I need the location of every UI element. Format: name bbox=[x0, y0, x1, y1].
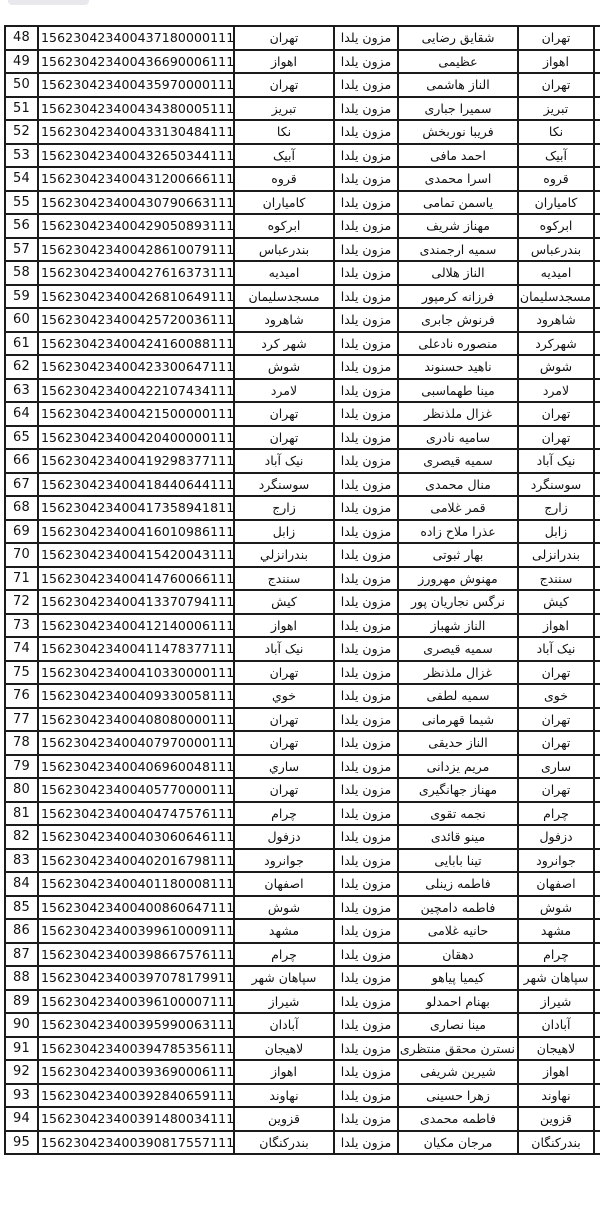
clipped-cell bbox=[594, 872, 600, 896]
city-cell: نکا bbox=[234, 120, 334, 144]
row-number-cell: 88 bbox=[5, 966, 38, 990]
table-row: 90 156230423400395990063111 آبادان مزون … bbox=[5, 1013, 600, 1037]
tracking-code-text: 156230423400426810649111 bbox=[41, 289, 234, 304]
city-cell: لاهیجان bbox=[234, 1037, 334, 1061]
row-number-cell: 85 bbox=[5, 896, 38, 920]
table-row: 88 156230423400397078179911 سپاهان شهر م… bbox=[5, 966, 600, 990]
clipped-cell bbox=[594, 802, 600, 826]
table-row: 93 156230423400392840659111 نهاوند مزون … bbox=[5, 1084, 600, 1108]
table-row: 66 156230423400419298377111 نیک آباد مزو… bbox=[5, 449, 600, 473]
customer-name-cell: الناز هاشمی bbox=[398, 73, 518, 97]
customer-name-cell: زهرا حسینی bbox=[398, 1084, 518, 1108]
brand-cell: مزون یلدا bbox=[334, 990, 398, 1014]
customer-name-cell: فاطمه زینلی bbox=[398, 872, 518, 896]
city-cell: کامیاران bbox=[234, 191, 334, 215]
brand-cell: مزون یلدا bbox=[334, 1131, 398, 1155]
row-number-cell: 91 bbox=[5, 1037, 38, 1061]
brand-cell: مزون یلدا bbox=[334, 73, 398, 97]
brand-cell: مزون یلدا bbox=[334, 684, 398, 708]
customer-name-cell: فاطمه دامچین bbox=[398, 896, 518, 920]
row-number-cell: 93 bbox=[5, 1084, 38, 1108]
tracking-code-text: 156230423400404747576111 bbox=[41, 806, 234, 821]
customer-name-cell: سمیه ارجمندی bbox=[398, 238, 518, 262]
brand-cell: مزون یلدا bbox=[334, 50, 398, 74]
clipped-cell bbox=[594, 590, 600, 614]
city-repeat-cell: آبادان bbox=[518, 1013, 594, 1037]
city-repeat-cell: کیش bbox=[518, 590, 594, 614]
city-cell: قروه bbox=[234, 167, 334, 191]
table-row: 94 156230423400391480034111 قزوین مزون ی… bbox=[5, 1107, 600, 1131]
tracking-code-cell: 156230423400419298377111 bbox=[38, 449, 234, 473]
customer-name-cell: الناز هلالی bbox=[398, 261, 518, 285]
clipped-cell bbox=[594, 379, 600, 403]
customer-name-cell: اسرا محمدی bbox=[398, 167, 518, 191]
table-row: 73 156230423400412140006111 اهواز مزون ی… bbox=[5, 614, 600, 638]
customer-name-cell: غزال ملذنظر bbox=[398, 661, 518, 685]
clipped-cell bbox=[594, 1013, 600, 1037]
city-repeat-cell: جوانرود bbox=[518, 849, 594, 873]
clipped-cell bbox=[594, 614, 600, 638]
customer-name-cell: دهقان bbox=[398, 943, 518, 967]
customer-name-cell: سمیه قیصری bbox=[398, 449, 518, 473]
row-number-cell: 53 bbox=[5, 144, 38, 168]
city-cell: بندرعباس bbox=[234, 238, 334, 262]
city-cell: قزوین bbox=[234, 1107, 334, 1131]
city-cell: شاهرود bbox=[234, 308, 334, 332]
tracking-code-cell: 156230423400423300647111 bbox=[38, 355, 234, 379]
customer-name-cell: بهار ثبوتی bbox=[398, 543, 518, 567]
table-row: 82 156230423400403060646111 دزفول مزون ی… bbox=[5, 825, 600, 849]
customer-name-cell: سمیه قیصری bbox=[398, 637, 518, 661]
brand-cell: مزون یلدا bbox=[334, 802, 398, 826]
tracking-code-text: 156230423400398667576111 bbox=[41, 947, 234, 962]
customer-name-cell: نرگس نجاریان پور bbox=[398, 590, 518, 614]
tracking-code-text: 156230423400400860647111 bbox=[41, 900, 234, 915]
city-repeat-cell: تهران bbox=[518, 731, 594, 755]
table-row: 59 156230423400426810649111 مسجدسلیمان م… bbox=[5, 285, 600, 309]
brand-cell: مزون یلدا bbox=[334, 449, 398, 473]
clipped-cell bbox=[594, 1060, 600, 1084]
customer-name-cell: عظیمی bbox=[398, 50, 518, 74]
tracking-code-cell: 156230423400411478377111 bbox=[38, 637, 234, 661]
row-number-cell: 48 bbox=[5, 26, 38, 50]
clipped-cell bbox=[594, 943, 600, 967]
table-row: 49 156230423400436690006111 اهواز مزون ی… bbox=[5, 50, 600, 74]
clipped-cell bbox=[594, 355, 600, 379]
clipped-cell bbox=[594, 332, 600, 356]
tracking-code-text: 156230423400427616373111 bbox=[41, 265, 234, 280]
city-cell: تهران bbox=[234, 73, 334, 97]
brand-cell: مزون یلدا bbox=[334, 614, 398, 638]
brand-cell: مزون یلدا bbox=[334, 567, 398, 591]
row-number-cell: 61 bbox=[5, 332, 38, 356]
city-repeat-cell: لاهیجان bbox=[518, 1037, 594, 1061]
tracking-code-text: 156230423400401180008111 bbox=[41, 876, 234, 891]
tracking-code-cell: 156230423400406960048111 bbox=[38, 755, 234, 779]
row-number-cell: 49 bbox=[5, 50, 38, 74]
table-row: 87 156230423400398667576111 چرام مزون یل… bbox=[5, 943, 600, 967]
table-row: 53 156230423400432650344111 آبیک مزون یل… bbox=[5, 144, 600, 168]
tracking-code-cell: 156230423400407970000111 bbox=[38, 731, 234, 755]
row-number-cell: 79 bbox=[5, 755, 38, 779]
table-row: 91 156230423400394785356111 لاهیجان مزون… bbox=[5, 1037, 600, 1061]
customer-name-cell: شیما قهرمانی bbox=[398, 708, 518, 732]
city-repeat-cell: دزفول bbox=[518, 825, 594, 849]
clipped-cell bbox=[594, 308, 600, 332]
city-cell: شهر کرد bbox=[234, 332, 334, 356]
brand-cell: مزون یلدا bbox=[334, 191, 398, 215]
city-repeat-cell: نهاوند bbox=[518, 1084, 594, 1108]
tracking-code-text: 156230423400396100007111 bbox=[41, 994, 234, 1009]
brand-cell: مزون یلدا bbox=[334, 426, 398, 450]
row-number-cell: 55 bbox=[5, 191, 38, 215]
brand-cell: مزون یلدا bbox=[334, 261, 398, 285]
table-row: 69 156230423400416010986111 زابل مزون یل… bbox=[5, 520, 600, 544]
city-repeat-cell: مشهد bbox=[518, 919, 594, 943]
city-cell: بندرکنگان bbox=[234, 1131, 334, 1155]
tracking-code-cell: 156230423400398667576111 bbox=[38, 943, 234, 967]
city-cell: چرام bbox=[234, 943, 334, 967]
table-row: 54 156230423400431200666111 قروه مزون یل… bbox=[5, 167, 600, 191]
city-cell: امیدیه bbox=[234, 261, 334, 285]
brand-cell: مزون یلدا bbox=[334, 332, 398, 356]
city-repeat-cell: نیک آباد bbox=[518, 449, 594, 473]
brand-cell: مزون یلدا bbox=[334, 1037, 398, 1061]
brand-cell: مزون یلدا bbox=[334, 637, 398, 661]
tracking-code-cell: 156230423400392840659111 bbox=[38, 1084, 234, 1108]
tracking-code-text: 156230423400413370794111 bbox=[41, 594, 234, 609]
row-number-cell: 62 bbox=[5, 355, 38, 379]
customer-name-cell: مینو قائدی bbox=[398, 825, 518, 849]
table-row: 62 156230423400423300647111 شوش مزون یلد… bbox=[5, 355, 600, 379]
clipped-cell bbox=[594, 238, 600, 262]
tracking-code-cell: 156230423400391480034111 bbox=[38, 1107, 234, 1131]
row-number-cell: 56 bbox=[5, 214, 38, 238]
customer-name-cell: عذرا ملاح زاده bbox=[398, 520, 518, 544]
city-repeat-cell: تهران bbox=[518, 426, 594, 450]
clipped-cell bbox=[594, 449, 600, 473]
city-cell: شوش bbox=[234, 896, 334, 920]
tracking-code-cell: 156230423400415420043111 bbox=[38, 543, 234, 567]
clipped-cell bbox=[594, 661, 600, 685]
customer-name-cell: شقایق رضایی bbox=[398, 26, 518, 50]
city-cell: آبادان bbox=[234, 1013, 334, 1037]
customer-name-cell: مریم یزدانی bbox=[398, 755, 518, 779]
row-number-cell: 83 bbox=[5, 849, 38, 873]
city-repeat-cell: آبیک bbox=[518, 144, 594, 168]
row-number-cell: 82 bbox=[5, 825, 38, 849]
row-number-cell: 64 bbox=[5, 402, 38, 426]
brand-cell: مزون یلدا bbox=[334, 285, 398, 309]
tracking-code-cell: 156230423400394785356111 bbox=[38, 1037, 234, 1061]
row-number-cell: 81 bbox=[5, 802, 38, 826]
clipped-cell bbox=[594, 919, 600, 943]
table-row: 78 156230423400407970000111 تهران مزون ی… bbox=[5, 731, 600, 755]
customer-name-cell: فرزانه کرمپور bbox=[398, 285, 518, 309]
tracking-code-text: 156230423400393690006111 bbox=[41, 1064, 234, 1079]
row-number-cell: 77 bbox=[5, 708, 38, 732]
brand-cell: مزون یلدا bbox=[334, 896, 398, 920]
customer-name-cell: فاطمه محمدی bbox=[398, 1107, 518, 1131]
brand-cell: مزون یلدا bbox=[334, 520, 398, 544]
city-cell: نیک آباد bbox=[234, 449, 334, 473]
tracking-code-cell: 156230423400412140006111 bbox=[38, 614, 234, 638]
city-repeat-cell: زارج bbox=[518, 496, 594, 520]
customer-name-cell: سمیه لطفی bbox=[398, 684, 518, 708]
city-repeat-cell: تبریز bbox=[518, 97, 594, 121]
brand-cell: مزون یلدا bbox=[334, 355, 398, 379]
brand-cell: مزون یلدا bbox=[334, 1107, 398, 1131]
customer-name-cell: حانیه غلامی bbox=[398, 919, 518, 943]
city-cell: اهواز bbox=[234, 1060, 334, 1084]
tracking-code-text: 156230423400410330000111 bbox=[41, 665, 234, 680]
table-body: 48 156230423400437180000111 تهران مزون ی… bbox=[5, 26, 600, 1154]
tracking-code-cell: 156230423400429050893111 bbox=[38, 214, 234, 238]
clipped-cell bbox=[594, 426, 600, 450]
table-row: 52 156230423400433130484111 نکا مزون یلد… bbox=[5, 120, 600, 144]
clipped-cell bbox=[594, 402, 600, 426]
customer-name-cell: مهنوش مهرورز bbox=[398, 567, 518, 591]
clipped-cell bbox=[594, 167, 600, 191]
table-row: 64 156230423400421500000111 تهران مزون ی… bbox=[5, 402, 600, 426]
clipped-cell bbox=[594, 214, 600, 238]
table-row: 48 156230423400437180000111 تهران مزون ی… bbox=[5, 26, 600, 50]
city-cell: سپاهان شهر bbox=[234, 966, 334, 990]
row-number-cell: 54 bbox=[5, 167, 38, 191]
city-repeat-cell: شوش bbox=[518, 355, 594, 379]
customer-name-cell: شیرین شریفی bbox=[398, 1060, 518, 1084]
tracking-code-text: 156230423400415420043111 bbox=[41, 547, 234, 562]
city-repeat-cell: اهواز bbox=[518, 50, 594, 74]
table-row: 83 156230423400402016798111 جوانرود مزون… bbox=[5, 849, 600, 873]
tracking-code-text: 156230423400431200666111 bbox=[41, 171, 234, 186]
brand-cell: مزون یلدا bbox=[334, 1013, 398, 1037]
tracking-code-text: 156230423400421500000111 bbox=[41, 406, 234, 421]
brand-cell: مزون یلدا bbox=[334, 167, 398, 191]
row-number-cell: 59 bbox=[5, 285, 38, 309]
tracking-code-text: 156230423400429050893111 bbox=[41, 218, 234, 233]
clipped-cell bbox=[594, 73, 600, 97]
row-number-cell: 70 bbox=[5, 543, 38, 567]
tracking-code-text: 156230423400395990063111 bbox=[41, 1017, 234, 1032]
brand-cell: مزون یلدا bbox=[334, 943, 398, 967]
city-cell: مسجدسلیمان bbox=[234, 285, 334, 309]
tracking-code-cell: 156230423400395990063111 bbox=[38, 1013, 234, 1037]
customer-name-cell: الناز حدیقی bbox=[398, 731, 518, 755]
brand-cell: مزون یلدا bbox=[334, 496, 398, 520]
tracking-code-text: 156230423400406960048111 bbox=[41, 759, 234, 774]
tracking-code-text: 156230423400434380005111 bbox=[41, 101, 234, 116]
row-number-cell: 74 bbox=[5, 637, 38, 661]
city-cell: تهران bbox=[234, 778, 334, 802]
city-cell: شوش bbox=[234, 355, 334, 379]
city-repeat-cell: نیک آباد bbox=[518, 637, 594, 661]
brand-cell: مزون یلدا bbox=[334, 120, 398, 144]
tracking-code-cell: 156230423400414760066111 bbox=[38, 567, 234, 591]
table-row: 67 156230423400418440644111 سوسنگرد مزون… bbox=[5, 473, 600, 497]
tracking-code-text: 156230423400417358941811 bbox=[41, 500, 234, 515]
city-repeat-cell: ساری bbox=[518, 755, 594, 779]
customer-name-cell: مینا نصاری bbox=[398, 1013, 518, 1037]
clipped-cell bbox=[594, 261, 600, 285]
brand-cell: مزون یلدا bbox=[334, 1060, 398, 1084]
brand-cell: مزون یلدا bbox=[334, 214, 398, 238]
row-number-cell: 78 bbox=[5, 731, 38, 755]
tracking-code-text: 156230423400403060646111 bbox=[41, 829, 234, 844]
tracking-code-cell: 156230423400399610009111 bbox=[38, 919, 234, 943]
table-row: 86 156230423400399610009111 مشهد مزون یل… bbox=[5, 919, 600, 943]
customer-name-cell: فرنوش جابری bbox=[398, 308, 518, 332]
tracking-code-text: 156230423400390817557111 bbox=[41, 1135, 234, 1150]
brand-cell: مزون یلدا bbox=[334, 966, 398, 990]
tracking-code-text: 156230423400394785356111 bbox=[41, 1041, 234, 1056]
city-repeat-cell: چرام bbox=[518, 943, 594, 967]
row-number-cell: 67 bbox=[5, 473, 38, 497]
brand-cell: مزون یلدا bbox=[334, 731, 398, 755]
tracking-code-cell: 156230423400393690006111 bbox=[38, 1060, 234, 1084]
city-repeat-cell: تهران bbox=[518, 661, 594, 685]
brand-cell: مزون یلدا bbox=[334, 849, 398, 873]
row-number-cell: 68 bbox=[5, 496, 38, 520]
customer-name-cell: منال محمدی bbox=[398, 473, 518, 497]
row-number-cell: 95 bbox=[5, 1131, 38, 1155]
city-cell: اهواز bbox=[234, 50, 334, 74]
table-row: 60 156230423400425720036111 شاهرود مزون … bbox=[5, 308, 600, 332]
table-row: 57 156230423400428610079111 بندرعباس مزو… bbox=[5, 238, 600, 262]
tracking-code-text: 156230423400397078179911 bbox=[41, 970, 234, 985]
tracking-code-cell: 156230423400425720036111 bbox=[38, 308, 234, 332]
customer-name-cell: منصوره نادعلی bbox=[398, 332, 518, 356]
city-repeat-cell: ابرکوه bbox=[518, 214, 594, 238]
tracking-code-text: 156230423400419298377111 bbox=[41, 453, 234, 468]
row-number-cell: 89 bbox=[5, 990, 38, 1014]
clipped-cell bbox=[594, 144, 600, 168]
clipped-cell bbox=[594, 520, 600, 544]
tracking-code-text: 156230423400424160088111 bbox=[41, 336, 234, 351]
tracking-code-text: 156230423400432650344111 bbox=[41, 148, 234, 163]
city-cell: سوسنگرد bbox=[234, 473, 334, 497]
tracking-code-cell: 156230423400430790663111 bbox=[38, 191, 234, 215]
brand-cell: مزون یلدا bbox=[334, 97, 398, 121]
table-row: 79 156230423400406960048111 ساري مزون یل… bbox=[5, 755, 600, 779]
customer-name-cell: سامیه نادری bbox=[398, 426, 518, 450]
row-number-cell: 72 bbox=[5, 590, 38, 614]
city-cell: خوي bbox=[234, 684, 334, 708]
city-repeat-cell: مسجدسلیمان bbox=[518, 285, 594, 309]
tracking-code-cell: 156230423400428610079111 bbox=[38, 238, 234, 262]
row-number-cell: 84 bbox=[5, 872, 38, 896]
customer-name-cell: قمر غلامی bbox=[398, 496, 518, 520]
clipped-cell bbox=[594, 896, 600, 920]
customer-name-cell: یاسمن تمامی bbox=[398, 191, 518, 215]
customer-name-cell: احمد مافی bbox=[398, 144, 518, 168]
table-row: 74 156230423400411478377111 نیک آباد مزو… bbox=[5, 637, 600, 661]
brand-cell: مزون یلدا bbox=[334, 26, 398, 50]
tracking-code-cell: 156230423400390817557111 bbox=[38, 1131, 234, 1155]
page: { "page": { "background": "#ffffff", "to… bbox=[0, 0, 600, 1223]
city-cell: مشهد bbox=[234, 919, 334, 943]
tracking-code-text: 156230423400433130484111 bbox=[41, 124, 234, 139]
city-cell: دزفول bbox=[234, 825, 334, 849]
table-row: 75 156230423400410330000111 تهران مزون ی… bbox=[5, 661, 600, 685]
tracking-code-text: 156230423400435970000111 bbox=[41, 77, 234, 92]
table-row: 84 156230423400401180008111 اصفهان مزون … bbox=[5, 872, 600, 896]
city-cell: ابرکوه bbox=[234, 214, 334, 238]
tracking-code-cell: 156230423400417358941811 bbox=[38, 496, 234, 520]
city-repeat-cell: لامرد bbox=[518, 379, 594, 403]
clipped-ui-fragment bbox=[8, 0, 89, 5]
clipped-cell bbox=[594, 50, 600, 74]
table-row: 92 156230423400393690006111 اهواز مزون ی… bbox=[5, 1060, 600, 1084]
tracking-code-text: 156230423400402016798111 bbox=[41, 853, 234, 868]
city-cell: آبیک bbox=[234, 144, 334, 168]
row-number-cell: 65 bbox=[5, 426, 38, 450]
tracking-code-cell: 156230423400437180000111 bbox=[38, 26, 234, 50]
tracking-code-cell: 156230423400434380005111 bbox=[38, 97, 234, 121]
table-row: 70 156230423400415420043111 بندرانزلي مز… bbox=[5, 543, 600, 567]
city-cell: ساري bbox=[234, 755, 334, 779]
row-number-cell: 60 bbox=[5, 308, 38, 332]
tracking-code-text: 156230423400423300647111 bbox=[41, 359, 234, 374]
tracking-code-cell: 156230423400404747576111 bbox=[38, 802, 234, 826]
table-row: 71 156230423400414760066111 سنندج مزون ی… bbox=[5, 567, 600, 591]
clipped-cell bbox=[594, 1084, 600, 1108]
clipped-cell bbox=[594, 1037, 600, 1061]
clipped-cell bbox=[594, 26, 600, 50]
city-cell: تهران bbox=[234, 426, 334, 450]
brand-cell: مزون یلدا bbox=[334, 379, 398, 403]
row-number-cell: 71 bbox=[5, 567, 38, 591]
city-cell: نهاوند bbox=[234, 1084, 334, 1108]
city-cell: تهران bbox=[234, 731, 334, 755]
tracking-code-text: 156230423400420400000111 bbox=[41, 430, 234, 445]
city-repeat-cell: بندرکنگان bbox=[518, 1131, 594, 1155]
clipped-cell bbox=[594, 120, 600, 144]
brand-cell: مزون یلدا bbox=[334, 1084, 398, 1108]
row-number-cell: 87 bbox=[5, 943, 38, 967]
clipped-cell bbox=[594, 496, 600, 520]
brand-cell: مزون یلدا bbox=[334, 872, 398, 896]
brand-cell: مزون یلدا bbox=[334, 144, 398, 168]
customer-name-cell: مرجان مکیان bbox=[398, 1131, 518, 1155]
city-repeat-cell: سنندج bbox=[518, 567, 594, 591]
customer-name-cell: مهناز جهانگیری bbox=[398, 778, 518, 802]
table-row: 85 156230423400400860647111 شوش مزون یلد… bbox=[5, 896, 600, 920]
tracking-code-cell: 156230423400427616373111 bbox=[38, 261, 234, 285]
row-number-cell: 92 bbox=[5, 1060, 38, 1084]
tracking-code-text: 156230423400416010986111 bbox=[41, 524, 234, 539]
tracking-code-cell: 156230423400409330058111 bbox=[38, 684, 234, 708]
city-repeat-cell: نکا bbox=[518, 120, 594, 144]
clipped-cell bbox=[594, 966, 600, 990]
table-row: 81 156230423400404747576111 چرام مزون یل… bbox=[5, 802, 600, 826]
tracking-code-text: 156230423400405770000111 bbox=[41, 782, 234, 797]
tracking-code-text: 156230423400425720036111 bbox=[41, 312, 234, 327]
city-cell: چرام bbox=[234, 802, 334, 826]
table-row: 56 156230423400429050893111 ابرکوه مزون … bbox=[5, 214, 600, 238]
clipped-cell bbox=[594, 637, 600, 661]
row-number-cell: 73 bbox=[5, 614, 38, 638]
city-repeat-cell: تهران bbox=[518, 73, 594, 97]
clipped-cell bbox=[594, 990, 600, 1014]
tracking-code-text: 156230423400407970000111 bbox=[41, 735, 234, 750]
tracking-code-text: 156230423400430790663111 bbox=[41, 195, 234, 210]
tracking-code-cell: 156230423400431200666111 bbox=[38, 167, 234, 191]
clipped-cell bbox=[594, 543, 600, 567]
customer-name-cell: فریبا نوربخش bbox=[398, 120, 518, 144]
row-number-cell: 86 bbox=[5, 919, 38, 943]
customer-name-cell: تینا بابایی bbox=[398, 849, 518, 873]
